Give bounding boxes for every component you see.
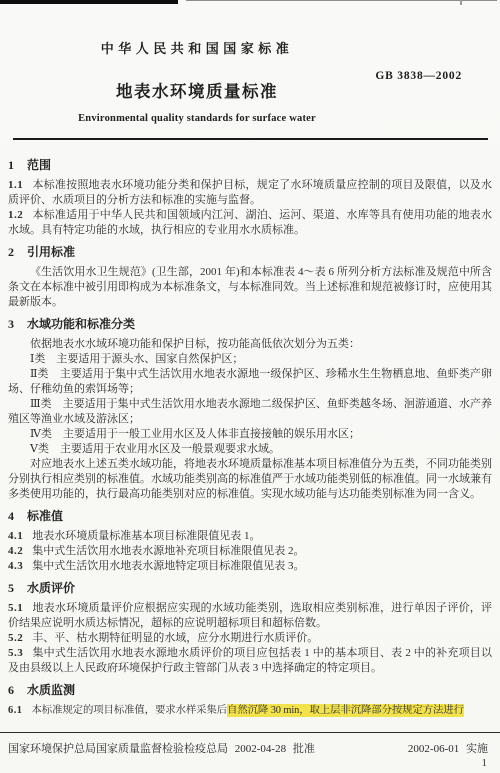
paragraph: Ⅲ类 主要适用于集中式生活饮用水地表水源地二级保护区、鱼虾类越冬场、洄游通道、水… bbox=[8, 397, 492, 427]
paragraph: 对应地表水上述五类水域功能，将地表水环境质量标准基本项目标准值分为五类，不同功能… bbox=[8, 457, 492, 502]
paragraph: Ⅴ类 主要适用于农业用水区及一般景观要求水域。 bbox=[8, 442, 492, 457]
paragraph: 1.2本标准适用于中华人民共和国领域内江河、湖泊、运河、渠道、水库等具有使用功能… bbox=[8, 208, 492, 238]
section-6: 6水质监测6.1本标准规定的项目标准值，要求水样采集后自然沉降 30 min，取… bbox=[8, 683, 492, 718]
approval-statement: 国家环境保护总局国家质量监督检验检疫总局 2002-04-28 批准 bbox=[8, 740, 319, 756]
item-number: 4.3 bbox=[8, 560, 23, 572]
text-run: 《生活饮用水卫生规范》(卫生部，2001 年)和本标准表 4～表 6 所列分析方… bbox=[8, 266, 492, 308]
implementation-label: 实施 bbox=[466, 743, 488, 755]
section-heading: 3水域功能和标准分类 bbox=[8, 317, 492, 332]
section-3: 3水域功能和标准分类依据地表水水域环境功能和保护目标，按功能高低依次划分为五类：… bbox=[8, 317, 492, 502]
item-number: 6.1 bbox=[8, 705, 23, 716]
section-heading: 1范围 bbox=[8, 158, 492, 173]
section-5: 5水质评价5.1地表水环境质量评价应根据应实现的水域功能类别，选取相应类别标准，… bbox=[8, 581, 492, 676]
section-title: 水质监测 bbox=[27, 683, 75, 697]
national-standard-kicker: 中华人民共和国国家标准 bbox=[8, 38, 386, 57]
item-number: 5.2 bbox=[8, 632, 23, 644]
section-title: 范围 bbox=[27, 158, 51, 172]
paragraph: 4.2集中式生活饮用水地表水源地补充项目标准限值见表 2。 bbox=[8, 544, 492, 559]
text-run: 丰、平、枯水期特征明显的水域，应分水期进行水质评价。 bbox=[32, 632, 318, 644]
implementation-date: 2002-06-01 bbox=[408, 743, 459, 755]
document-body: 1范围1.1本标准按照地表水环境功能分类和保护目标，规定了水环境质量应控制的项目… bbox=[0, 140, 500, 718]
text-run: 集中式生活饮用水地表水源地补充项目标准限值见表 2。 bbox=[32, 545, 304, 557]
highlighted-text: 自然沉降 30 min，取上层非沉降部分按规定方法进行 bbox=[227, 704, 464, 717]
paragraph: 《生活饮用水卫生规范》(卫生部，2001 年)和本标准表 4～表 6 所列分析方… bbox=[8, 265, 492, 310]
item-number: 4.1 bbox=[8, 530, 23, 542]
text-run: Ⅱ类 主要适用于集中式生活饮用水地表水源地一级保护区、珍稀水生生物栖息地、鱼虾类… bbox=[8, 368, 492, 395]
section-number: 3 bbox=[8, 317, 14, 331]
section-heading: 4标准值 bbox=[8, 509, 492, 524]
text-run: 本标准规定的项目标准值，要求水样采集后 bbox=[32, 705, 228, 716]
text-run: 本标准适用于中华人民共和国领域内江河、湖泊、运河、渠道、水库等具有使用功能的地表… bbox=[8, 209, 492, 236]
text-run: 地表水环境质量标准基本项目标准限值见表 1。 bbox=[32, 530, 260, 542]
section-title: 标准值 bbox=[27, 509, 63, 523]
text-run: 对应地表水上述五类水域功能，将地表水环境质量标准基本项目标准值分为五类，不同功能… bbox=[8, 458, 492, 500]
standard-title-english: Environmental quality standards for surf… bbox=[8, 113, 386, 124]
paragraph: Ⅰ类 主要适用于源头水、国家自然保护区； bbox=[8, 352, 492, 367]
section-title: 水质评价 bbox=[27, 581, 75, 595]
header-rule bbox=[13, 138, 488, 140]
section-1: 1范围1.1本标准按照地表水环境功能分类和保护目标，规定了水环境质量应控制的项目… bbox=[8, 158, 492, 238]
page-number: 1 bbox=[482, 757, 488, 769]
text-run: 集中式生活饮用水地表水源地特定项目标准限值见表 3。 bbox=[32, 560, 304, 572]
paragraph: 4.1地表水环境质量标准基本项目标准限值见表 1。 bbox=[8, 529, 492, 544]
approval-date: 2002-04-28 bbox=[235, 743, 286, 755]
paragraph: 4.3集中式生活饮用水地表水源地特定项目标准限值见表 3。 bbox=[8, 559, 492, 574]
footer-rule bbox=[0, 732, 500, 733]
document-page: 中华人民共和国国家标准 地表水环境质量标准 Environmental qual… bbox=[0, 0, 500, 773]
paragraph: 1.1本标准按照地表水环境功能分类和保护目标，规定了水环境质量应控制的项目及限值… bbox=[8, 178, 492, 208]
paragraph: Ⅳ类 主要适用于一般工业用水区及人体非直接接触的娱乐用水区； bbox=[8, 427, 492, 442]
paragraph: 5.3集中式生活饮用水地表水源地水质评价的项目应包括表 1 中的基本项目、表 2… bbox=[8, 646, 492, 676]
text-run: Ⅳ类 主要适用于一般工业用水区及人体非直接接触的娱乐用水区； bbox=[30, 428, 360, 440]
issuer-name: 国家环境保护总局国家质量监督检验检疫总局 bbox=[8, 743, 228, 755]
standard-title-chinese: 地表水环境质量标准 bbox=[8, 78, 386, 102]
document-footer: 国家环境保护总局国家质量监督检验检疫总局 2002-04-28 批准 2002-… bbox=[8, 740, 492, 756]
section-heading: 6水质监测 bbox=[8, 683, 492, 698]
section-number: 6 bbox=[8, 683, 14, 697]
title-block: 中华人民共和国国家标准 地表水环境质量标准 Environmental qual… bbox=[8, 38, 386, 124]
text-run: Ⅴ类 主要适用于农业用水区及一般景观要求水域。 bbox=[30, 443, 280, 455]
section-title: 水域功能和标准分类 bbox=[27, 317, 135, 331]
item-number: 1.2 bbox=[8, 209, 23, 221]
implementation-statement: 2002-06-01 实施 bbox=[408, 740, 492, 756]
text-run: Ⅲ类 主要适用于集中式生活饮用水地表水源地二级保护区、鱼虾类越冬场、洄游通道、水… bbox=[8, 398, 492, 425]
item-number: 1.1 bbox=[8, 179, 23, 191]
paragraph: 5.1地表水环境质量评价应根据应实现的水域功能类别，选取相应类别标准，进行单因子… bbox=[8, 601, 492, 631]
item-number: 4.2 bbox=[8, 545, 23, 557]
section-title: 引用标准 bbox=[27, 245, 75, 259]
section-2: 2引用标准《生活饮用水卫生规范》(卫生部，2001 年)和本标准表 4～表 6 … bbox=[8, 245, 492, 310]
approval-label: 批准 bbox=[293, 743, 315, 755]
section-number: 2 bbox=[8, 245, 14, 259]
text-run: 集中式生活饮用水地表水源地水质评价的项目应包括表 1 中的基本项目、表 2 中的… bbox=[8, 647, 492, 674]
section-number: 4 bbox=[8, 509, 14, 523]
section-heading: 5水质评价 bbox=[8, 581, 492, 596]
section-number: 1 bbox=[8, 158, 14, 172]
document-header: 中华人民共和国国家标准 地表水环境质量标准 Environmental qual… bbox=[0, 0, 500, 140]
standard-code: GB 3838—2002 bbox=[375, 70, 462, 82]
item-number: 5.3 bbox=[8, 647, 23, 659]
paragraph: 6.1本标准规定的项目标准值，要求水样采集后自然沉降 30 min，取上层非沉降… bbox=[8, 703, 492, 718]
paragraph: 依据地表水水域环境功能和保护目标，按功能高低依次划分为五类： bbox=[8, 337, 492, 352]
section-heading: 2引用标准 bbox=[8, 245, 492, 260]
paragraph: Ⅱ类 主要适用于集中式生活饮用水地表水源地一级保护区、珍稀水生生物栖息地、鱼虾类… bbox=[8, 367, 492, 397]
text-run: 地表水环境质量评价应根据应实现的水域功能类别，选取相应类别标准，进行单因子评价，… bbox=[8, 602, 492, 629]
text-run: 本标准按照地表水环境功能分类和保护目标，规定了水环境质量应控制的项目及限值，以及… bbox=[8, 179, 492, 206]
section-4: 4标准值4.1地表水环境质量标准基本项目标准限值见表 1。4.2集中式生活饮用水… bbox=[8, 509, 492, 574]
item-number: 5.1 bbox=[8, 602, 23, 614]
section-number: 5 bbox=[8, 581, 14, 595]
paragraph: 5.2丰、平、枯水期特征明显的水域，应分水期进行水质评价。 bbox=[8, 631, 492, 646]
text-run: Ⅰ类 主要适用于源头水、国家自然保护区； bbox=[30, 353, 243, 365]
text-run: 依据地表水水域环境功能和保护目标，按功能高低依次划分为五类： bbox=[30, 338, 360, 350]
